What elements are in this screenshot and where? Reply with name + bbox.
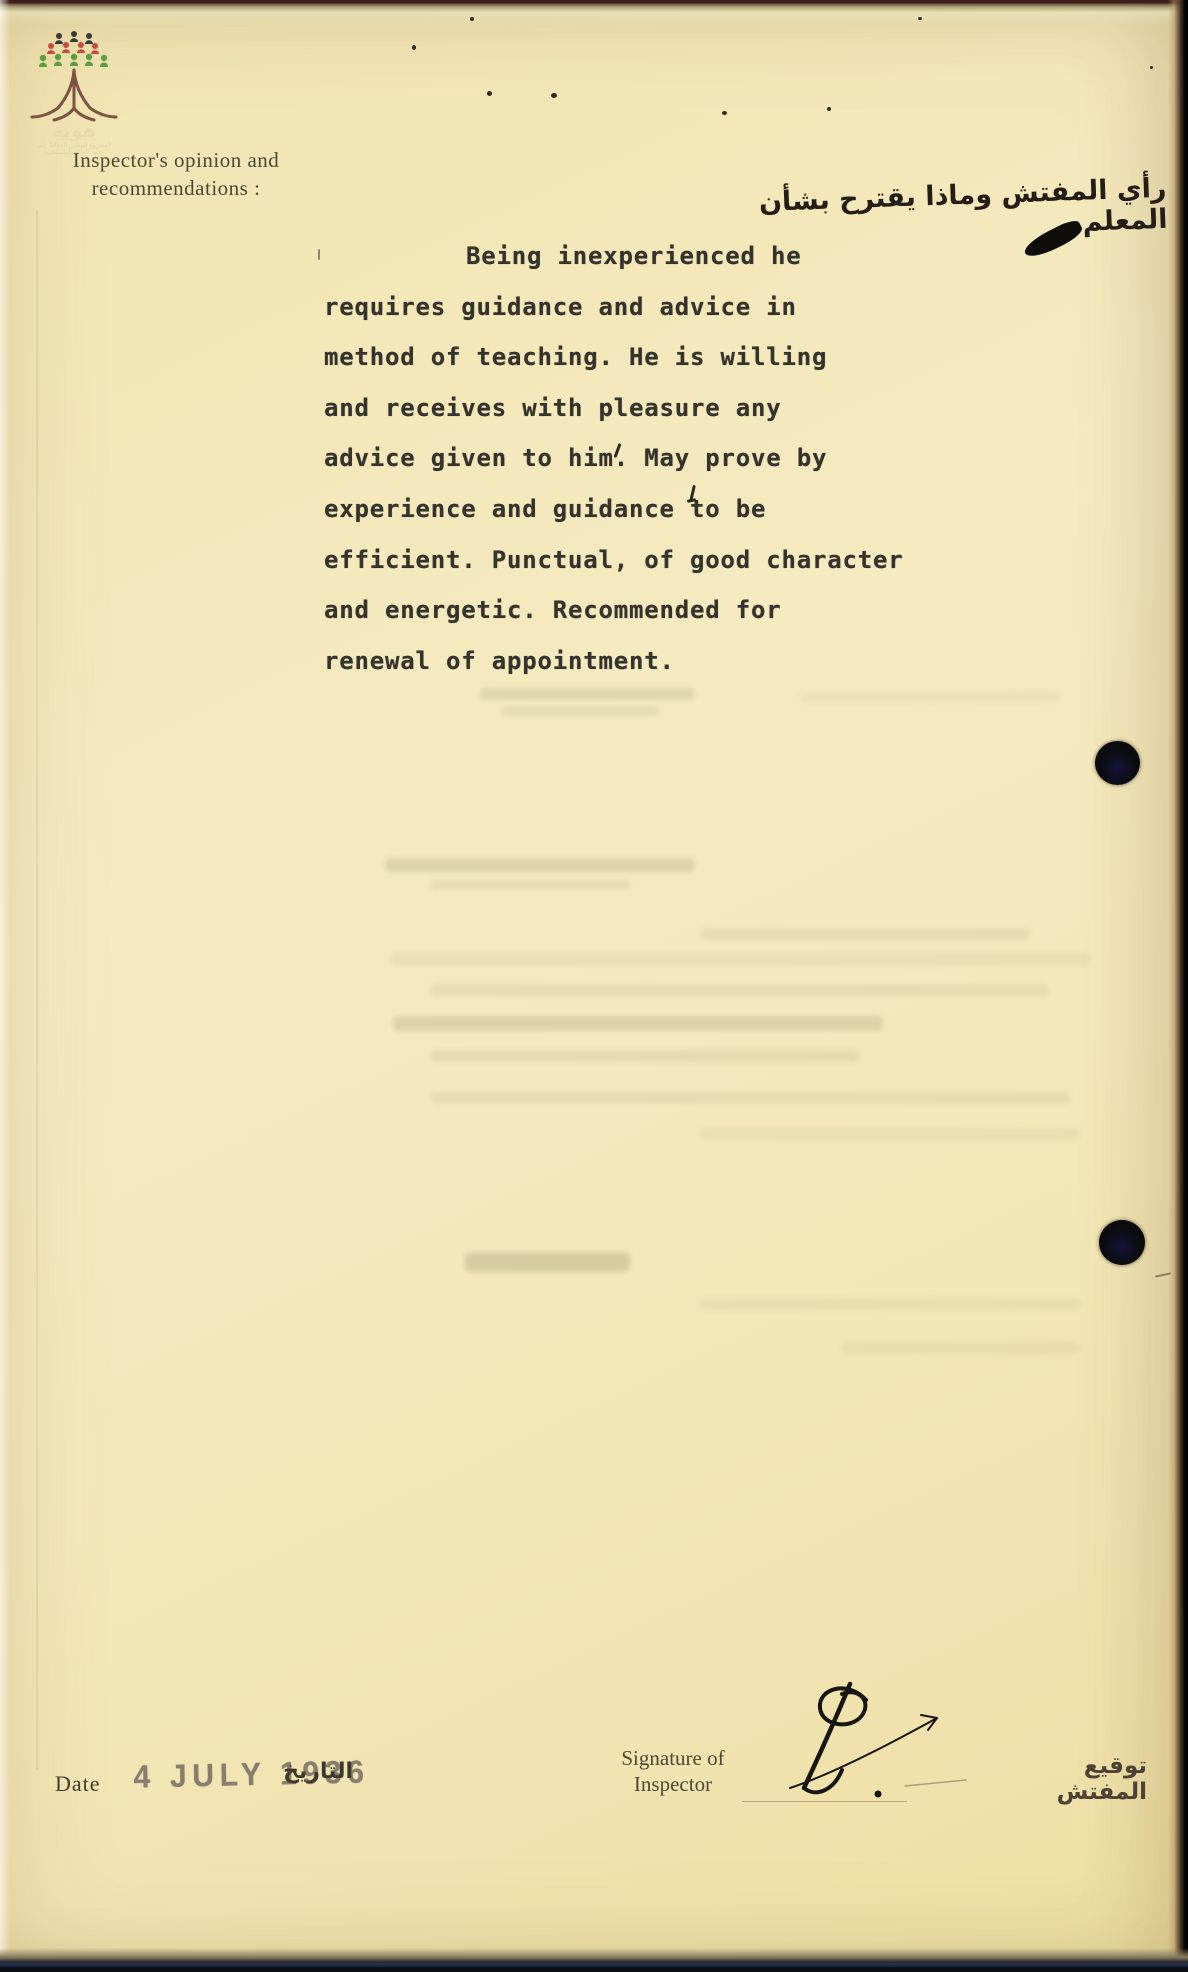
scan-edge-top bbox=[0, 0, 1188, 26]
typed-line: efficient. Punctual, of good character bbox=[324, 546, 944, 597]
inspector-opinion-label-line2: recommendations : bbox=[38, 174, 314, 202]
bleed-through-smudge bbox=[393, 1016, 883, 1031]
dust-speck bbox=[1150, 66, 1153, 69]
hole-punch-top bbox=[1095, 741, 1140, 785]
bleed-through-smudge bbox=[430, 1050, 860, 1062]
bleed-through-smudge bbox=[500, 706, 660, 716]
dust-speck bbox=[722, 111, 727, 115]
dust-speck bbox=[487, 91, 492, 96]
bleed-through-smudge bbox=[700, 1298, 1080, 1310]
bleed-through-smudge bbox=[480, 688, 695, 700]
typed-line: method of teaching. He is willing bbox=[324, 343, 944, 394]
archive-watermark-logo: هوية المشروع الوطني للحفاظ على جذور العا… bbox=[24, 28, 124, 156]
bleed-through-smudge bbox=[700, 928, 1030, 940]
family-tree-icon bbox=[24, 28, 124, 128]
typed-line: requires guidance and advice in bbox=[324, 293, 944, 344]
scan-edge-left bbox=[0, 0, 10, 1972]
scan-edge-right bbox=[1168, 0, 1188, 1972]
hole-punch-bottom bbox=[1099, 1220, 1145, 1265]
bleed-through-smudge bbox=[700, 1128, 1080, 1140]
pen-tick-mark bbox=[318, 249, 320, 260]
paper-crease bbox=[36, 210, 38, 1770]
dust-speck bbox=[470, 17, 474, 21]
bleed-through-smudge bbox=[800, 692, 1060, 702]
typed-line: and energetic. Recommended for bbox=[324, 596, 944, 647]
date-label-arabic: التاريخ bbox=[293, 1759, 353, 1784]
scanned-document-page: هوية المشروع الوطني للحفاظ على جذور العا… bbox=[0, 0, 1188, 1972]
scan-edge-bottom-blue-line bbox=[0, 1963, 1188, 1967]
typed-opinion-paragraph: Being inexperienced he requires guidance… bbox=[324, 242, 944, 697]
bleed-through-smudge bbox=[430, 984, 1050, 996]
inspector-opinion-label-line1: Inspector's opinion and bbox=[38, 146, 314, 174]
typed-line: advice given to him. May prove by bbox=[324, 444, 944, 495]
dust-speck bbox=[827, 107, 831, 111]
dust-speck bbox=[918, 17, 922, 20]
signature-label-line2: Inspector bbox=[598, 1771, 748, 1797]
typed-line: experience and guidance to be bbox=[324, 495, 944, 546]
bleed-through-smudge bbox=[840, 1342, 1080, 1354]
people-canopy bbox=[39, 31, 108, 67]
typed-line: and receives with pleasure any bbox=[324, 394, 944, 445]
date-label: Date bbox=[55, 1771, 101, 1797]
bleed-through-smudge bbox=[430, 1092, 1070, 1104]
dust-speck bbox=[551, 93, 557, 98]
signature-label-line1: Signature of bbox=[598, 1745, 748, 1771]
signature-label-arabic: توقيع المفتش bbox=[1012, 1753, 1147, 1805]
bleed-through-smudge bbox=[390, 953, 1090, 965]
signature-of-inspector-label: Signature of Inspector bbox=[598, 1745, 748, 1797]
bleed-through-smudge bbox=[430, 880, 630, 890]
bleed-through-smudge bbox=[385, 858, 695, 872]
watermark-wordmark: هوية bbox=[24, 120, 124, 142]
bleed-through-smudge bbox=[465, 1252, 630, 1272]
dust-speck bbox=[412, 45, 416, 50]
inspector-opinion-label: Inspector's opinion and recommendations … bbox=[38, 146, 314, 202]
typed-line: Being inexperienced he bbox=[324, 242, 944, 293]
scan-edge-bottom bbox=[0, 1948, 1188, 1972]
